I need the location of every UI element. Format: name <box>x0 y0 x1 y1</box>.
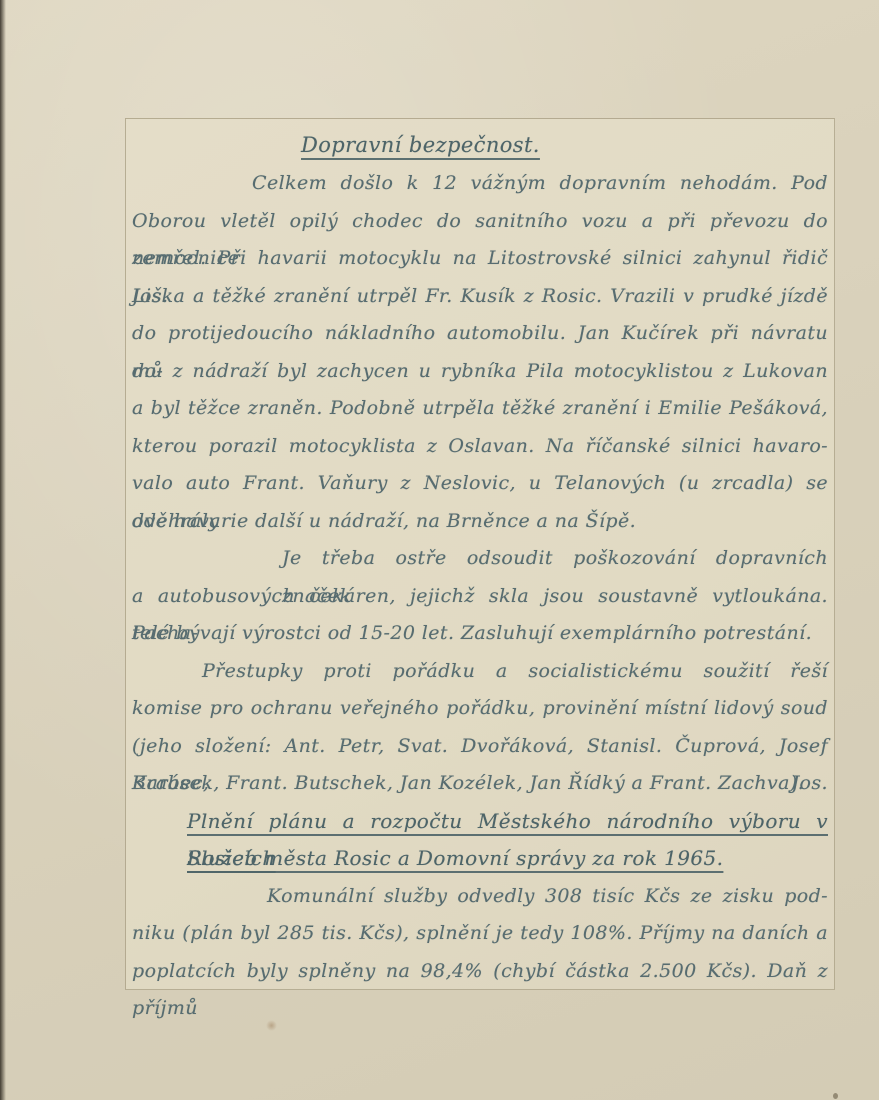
handwritten-line: niku (plán byl 285 tis. Kčs), splnění je… <box>132 915 828 953</box>
handwritten-line: Přestupky proti pořádku a socialistickém… <box>132 653 828 691</box>
handwritten-line: mů z nádraží byl zachycen u rybníka Pila… <box>132 353 828 391</box>
handwritten-line: kterou porazil motocyklista z Oslavan. N… <box>132 428 828 466</box>
handwritten-line: a byl těžce zraněn. Podobně utrpěla těžk… <box>132 390 828 428</box>
handwritten-line: Celkem došlo k 12 vážným dopravním nehod… <box>132 165 828 203</box>
handwritten-line: Oborou vletěl opilý chodec do sanitního … <box>132 203 828 241</box>
pasted-paper-sheet: Dopravní bezpečnost. Celkem došlo k 12 v… <box>125 118 835 990</box>
ink-smudge-spot <box>266 1020 277 1031</box>
handwritten-line: do protijedoucího nákladního automobilu.… <box>132 315 828 353</box>
section-title-text: Dopravní bezpečnost. <box>301 133 540 157</box>
handwritten-line: komise pro ochranu veřejného pořádku, pr… <box>132 690 828 728</box>
subsection-heading-line: Služeb města Rosic a Domovní správy za r… <box>132 840 828 878</box>
paper-speck <box>833 1093 838 1099</box>
handwritten-line: Karásek, Frant. Butschek, Jan Kozélek, J… <box>132 765 828 803</box>
subsection-heading-line: Plnění plánu a rozpočtu Městského národn… <box>132 803 828 841</box>
handwritten-line: zemřel. Při havarii motocyklu na Litostr… <box>132 240 828 278</box>
handwritten-line: Je třeba ostře odsoudit poškozování dopr… <box>132 540 828 578</box>
scanned-chronicle-page: Dopravní bezpečnost. Celkem došlo k 12 v… <box>0 0 879 1100</box>
page-edge-shadow <box>0 0 6 1100</box>
handwritten-line: Komunální služby odvedly 308 tisíc Kčs z… <box>132 878 828 916</box>
handwritten-text-column: Dopravní bezpečnost. Celkem došlo k 12 v… <box>132 125 828 990</box>
subsection-heading-text: Služeb města Rosic a Domovní správy za r… <box>187 846 723 870</box>
handwritten-line: telé bývají výrostci od 15-20 let. Zaslu… <box>132 615 828 653</box>
handwritten-line: poplatcích byly splněny na 98,4% (chybí … <box>132 953 828 991</box>
handwritten-line: (jeho složení: Ant. Petr, Svat. Dvořákov… <box>132 728 828 766</box>
handwritten-line: Liška a těžké zranění utrpěl Fr. Kusík z… <box>132 278 828 316</box>
section-title: Dopravní bezpečnost. <box>132 125 828 165</box>
handwritten-line: a autobusových čekáren, jejichž skla jso… <box>132 578 828 616</box>
handwritten-line: dvě havarie další u nádraží, na Brněnce … <box>132 503 828 541</box>
handwritten-line: valo auto Frant. Vaňury z Neslovic, u Te… <box>132 465 828 503</box>
